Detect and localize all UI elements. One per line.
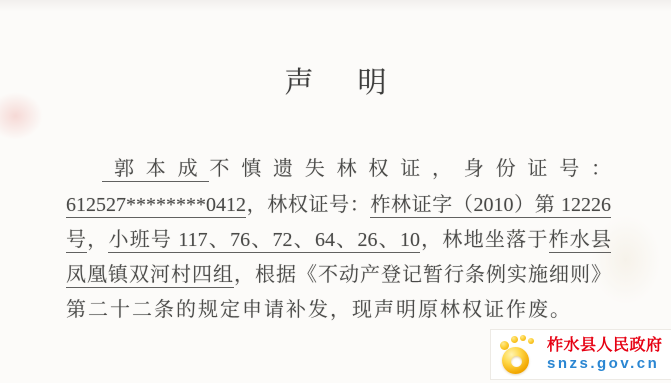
government-name: 柞水县人民政府 [547,336,663,355]
government-url: snzs.gov.cn [547,355,663,373]
person-name-blank: 郭本成 [102,158,209,182]
declaration-body: 郭本成不慎遗失林权证，身份证号： 612527********0412，林权证号… [66,150,611,328]
declaration-line: 612527********0412，林权证号：柞林证字（2010）第 1222… [66,188,611,223]
declaration-line: 第二十二条的规定申请补发，现声明原林权证作废。 [66,293,611,328]
declaration-line: 凤凰镇双河村四组，根据《不动产登记暂行条例实施细则》 [66,258,611,293]
id-number-blank: 612527********0412 [66,194,246,218]
body-text: 不慎遗失林权证，身份证号： [209,158,611,180]
declaration-title: 声明 [0,66,671,100]
footprint-toe [528,338,534,344]
footprint-sole-hole [511,356,522,367]
footprint-icon [500,335,538,375]
body-text: ， [87,229,108,251]
government-watermark-text: 柞水县人民政府 snzs.gov.cn [547,336,663,373]
declaration-line: 郭本成不慎遗失林权证，身份证号： [66,150,611,188]
body-text: ，林权证号： [246,194,370,216]
footprint-toe [520,335,526,341]
title-char: 声 [284,66,313,100]
government-watermark: 柞水县人民政府 snzs.gov.cn [490,329,671,380]
paper-scan-shadow [0,0,671,12]
plot-numbers-blank: 小班号 117、76、72、64、26、10 [108,229,419,253]
declaration-line: 号，小班号 117、76、72、64、26、10，林地坐落于柞水县 [66,223,611,258]
county-blank: 柞水县 [549,229,611,253]
village-group-blank: 凤凰镇双河村四组 [66,264,234,288]
body-text: ，林地坐落于 [420,229,549,251]
body-text: ，根据《不动产登记暂行条例实施细则》 [234,264,611,286]
scanned-declaration-page: { "document": { "title": "声明", "title_ch… [0,0,671,383]
title-char: 明 [358,66,387,100]
body-text: 第二十二条的规定申请补发，现声明原林权证作废。 [66,299,572,321]
cert-number-suffix-blank: 号 [66,229,87,253]
cert-number-blank: 柞林证字（2010）第 12226 [370,194,611,218]
footprint-toe [511,336,518,343]
